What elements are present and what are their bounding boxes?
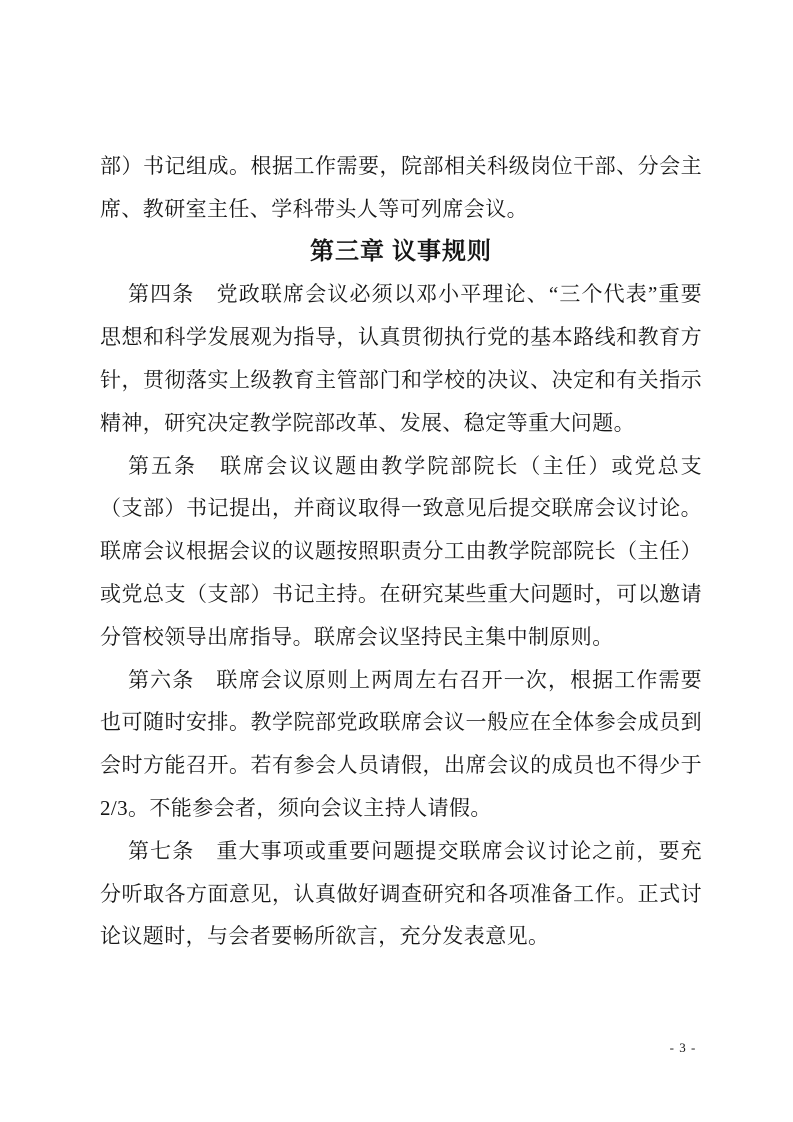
document-body: 部）书记组成。根据工作需要，院部相关科级岗位干部、分会主席、教研室主任、学科带头… (100, 145, 702, 958)
paragraph-article-4: 第四条 党政联席会议必须以邓小平理论、“三个代表”重要思想和科学发展观为指导，认… (100, 273, 702, 444)
paragraph-article-6: 第六条 联席会议原则上两周左右召开一次，根据工作需要也可随时安排。教学院部党政联… (100, 659, 702, 830)
paragraph-continuation: 部）书记组成。根据工作需要，院部相关科级岗位干部、分会主席、教研室主任、学科带头… (100, 145, 702, 231)
document-page: 部）书记组成。根据工作需要，院部相关科级岗位干部、分会主席、教研室主任、学科带头… (0, 0, 793, 1122)
page-number: - 3 - (661, 1040, 705, 1056)
paragraph-article-5: 第五条 联席会议议题由教学院部院长（主任）或党总支（支部）书记提出，并商议取得一… (100, 445, 702, 659)
chapter-heading: 第三章 议事规则 (100, 231, 702, 274)
paragraph-article-7: 第七条 重大事项或重要问题提交联席会议讨论之前，要充分听取各方面意见，认真做好调… (100, 830, 702, 958)
